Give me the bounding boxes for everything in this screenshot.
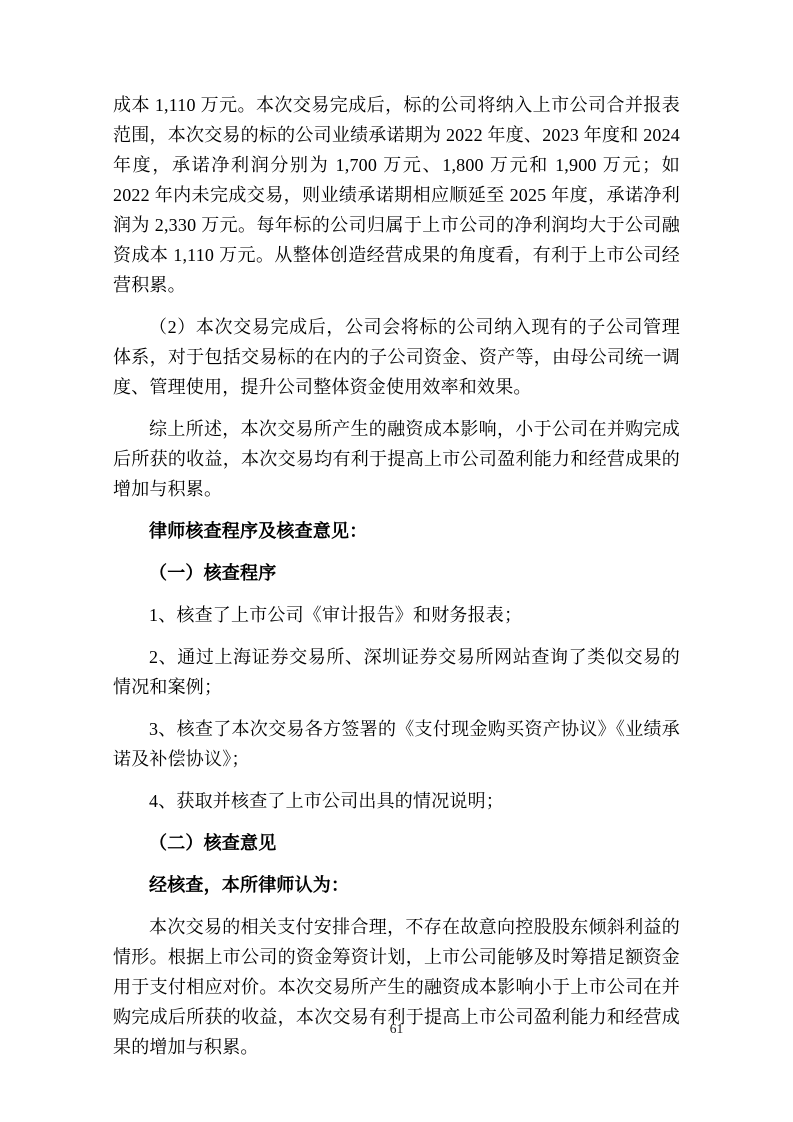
heading-lawyer-verification: 律师核查程序及核查意见： — [113, 516, 680, 546]
paragraph-summary: 综上所述，本次交易所产生的融资成本影响，小于公司在并购完成后所获的收益，本次交易… — [113, 414, 680, 504]
paragraph-subsidiary-management: （2）本次交易完成后，公司会将标的公司纳入现有的子公司管理体系，对于包括交易标的… — [113, 312, 680, 402]
paragraph-financing-cost: 成本 1,110 万元。本次交易完成后，标的公司将纳入上市公司合并报表范围，本次… — [113, 90, 680, 300]
document-page: 成本 1,110 万元。本次交易完成后，标的公司将纳入上市公司合并报表范围，本次… — [0, 0, 793, 1122]
list-item-2: 2、通过上海证券交易所、深圳证券交易所网站查询了类似交易的情况和案例； — [113, 642, 680, 702]
list-item-4: 4、获取并核查了上市公司出具的情况说明； — [113, 786, 680, 816]
page-number: 61 — [0, 1020, 793, 1038]
heading-lawyer-conclusion: 经核查，本所律师认为： — [113, 870, 680, 900]
heading-verification-opinion: （二）核查意见 — [113, 828, 680, 858]
list-item-1: 1、核查了上市公司《审计报告》和财务报表； — [113, 600, 680, 630]
page-content: 成本 1,110 万元。本次交易完成后，标的公司将纳入上市公司合并报表范围，本次… — [113, 90, 680, 1074]
paragraph-conclusion: 本次交易的相关支付安排合理，不存在故意向控股股东倾斜利益的情形。根据上市公司的资… — [113, 912, 680, 1062]
list-item-3: 3、核查了本次交易各方签署的《支付现金购买资产协议》《业绩承诺及补偿协议》； — [113, 714, 680, 774]
heading-verification-procedure: （一）核查程序 — [113, 558, 680, 588]
